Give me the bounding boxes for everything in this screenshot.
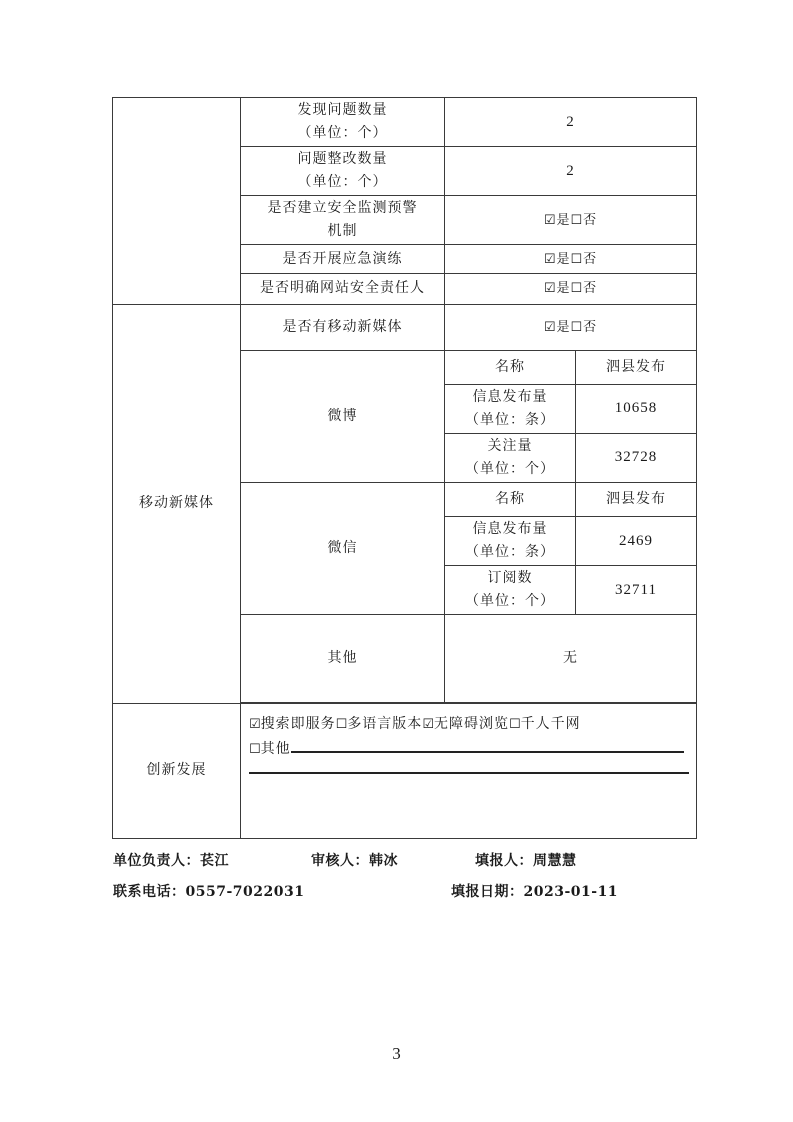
search-service-checkbox[interactable]: ☑ (249, 717, 261, 732)
table-row: 发现问题数量 （单位：个） 2 (113, 98, 697, 147)
mobile-media-section-label: 移动新媒体 (113, 304, 241, 703)
innovation-other-line: ☐其他 (249, 737, 690, 762)
personalized-checkbox[interactable]: ☐ (509, 717, 521, 732)
table-row: 创新发展 ☑搜索即服务☐多语言版本☑无障碍浏览☐千人千网 ☐其他 (113, 703, 697, 838)
has-mobile-media-checkbox[interactable]: ☑是☐否 (445, 304, 697, 350)
wechat-subscribers-label: 订阅数 （单位：个） (445, 566, 576, 615)
wechat-name-label: 名称 (445, 482, 576, 516)
innovation-options: ☑搜索即服务☐多语言版本☑无障碍浏览☐千人千网 ☐其他 (241, 703, 697, 838)
weibo-followers-value: 32728 (576, 433, 697, 482)
weibo-label: 微博 (241, 350, 445, 482)
multilang-label: 多语言版本 (347, 716, 422, 732)
other-media-value: 无 (445, 615, 697, 702)
innovation-section-label: 创新发展 (113, 703, 241, 838)
label-unit: （单位：个） (445, 590, 575, 613)
weibo-name-value: 泗县发布 (576, 350, 697, 384)
weibo-name-label: 名称 (445, 350, 576, 384)
label-line: 订阅数 (445, 567, 575, 590)
multilang-checkbox[interactable]: ☐ (336, 717, 348, 732)
footer-row-2: 联系电话：0557-7022031填报日期：2023-01-11 (113, 881, 618, 901)
report-table: 发现问题数量 （单位：个） 2 问题整改数量 （单位：个） 2 是否建立安全监测… (112, 97, 697, 839)
row-label: 是否建立安全监测预警 机制 (241, 196, 445, 245)
label-unit: （单位：个） (241, 171, 444, 194)
label-line: 关注量 (445, 435, 575, 458)
weibo-followers-label: 关注量 （单位：个） (445, 433, 576, 482)
weibo-posts-label: 信息发布量 （单位：条） (445, 384, 576, 433)
label-line: 信息发布量 (445, 386, 575, 409)
label-unit: （单位：条） (445, 409, 575, 432)
row-label: 是否开展应急演练 (241, 245, 445, 274)
row-label: 问题整改数量 （单位：个） (241, 147, 445, 196)
emergency-drill-checkbox[interactable]: ☑是☐否 (445, 245, 697, 274)
wechat-posts-value: 2469 (576, 517, 697, 566)
contact-phone: 联系电话：0557-7022031 (113, 881, 451, 901)
reviewer: 审核人：韩冰 (311, 850, 475, 870)
wechat-name-value: 泗县发布 (576, 482, 697, 516)
issues-found-value: 2 (445, 98, 697, 147)
accessibility-checkbox[interactable]: ☑ (422, 717, 434, 732)
weibo-posts-value: 10658 (576, 384, 697, 433)
filler: 填报人：周慧慧 (475, 853, 577, 869)
row-label: 是否有移动新媒体 (241, 304, 445, 350)
security-section-cell (113, 98, 241, 305)
table-row: 移动新媒体 是否有移动新媒体 ☑是☐否 (113, 304, 697, 350)
label-unit: （单位：个） (445, 458, 575, 481)
wechat-posts-label: 信息发布量 （单位：条） (445, 517, 576, 566)
other-innovation-checkbox[interactable]: ☐ (249, 742, 261, 757)
innovation-options-line: ☑搜索即服务☐多语言版本☑无障碍浏览☐千人千网 (249, 712, 690, 737)
wechat-label: 微信 (241, 482, 445, 614)
fill-line[interactable] (249, 762, 689, 774)
row-label: 是否明确网站安全责任人 (241, 274, 445, 304)
label-unit: （单位：条） (445, 541, 575, 564)
unit-head: 单位负责人：苌江 (113, 850, 311, 870)
label-line: 是否建立安全监测预警 (241, 197, 444, 220)
label-unit: （单位：个） (241, 122, 444, 145)
personalized-label: 千人千网 (521, 716, 581, 732)
other-innovation-fill-line[interactable] (291, 737, 684, 753)
label-line: 问题整改数量 (241, 148, 444, 171)
other-media-label: 其他 (241, 615, 445, 702)
search-service-label: 搜索即服务 (261, 716, 336, 732)
label-line: 机制 (241, 220, 444, 243)
issues-fixed-value: 2 (445, 147, 697, 196)
wechat-subscribers-value: 32711 (576, 566, 697, 615)
other-innovation-label: 其他 (261, 741, 291, 757)
label-line: 发现问题数量 (241, 99, 444, 122)
accessibility-label: 无障碍浏览 (434, 716, 509, 732)
page-number: 3 (0, 1044, 793, 1064)
footer-row-1: 单位负责人：苌江审核人：韩冰填报人：周慧慧 (113, 850, 577, 870)
label-line: 信息发布量 (445, 518, 575, 541)
row-label: 发现问题数量 （单位：个） (241, 98, 445, 147)
monitoring-mechanism-checkbox[interactable]: ☑是☐否 (445, 196, 697, 245)
report-date: 填报日期：2023-01-11 (451, 884, 618, 900)
security-officer-checkbox[interactable]: ☑是☐否 (445, 274, 697, 304)
